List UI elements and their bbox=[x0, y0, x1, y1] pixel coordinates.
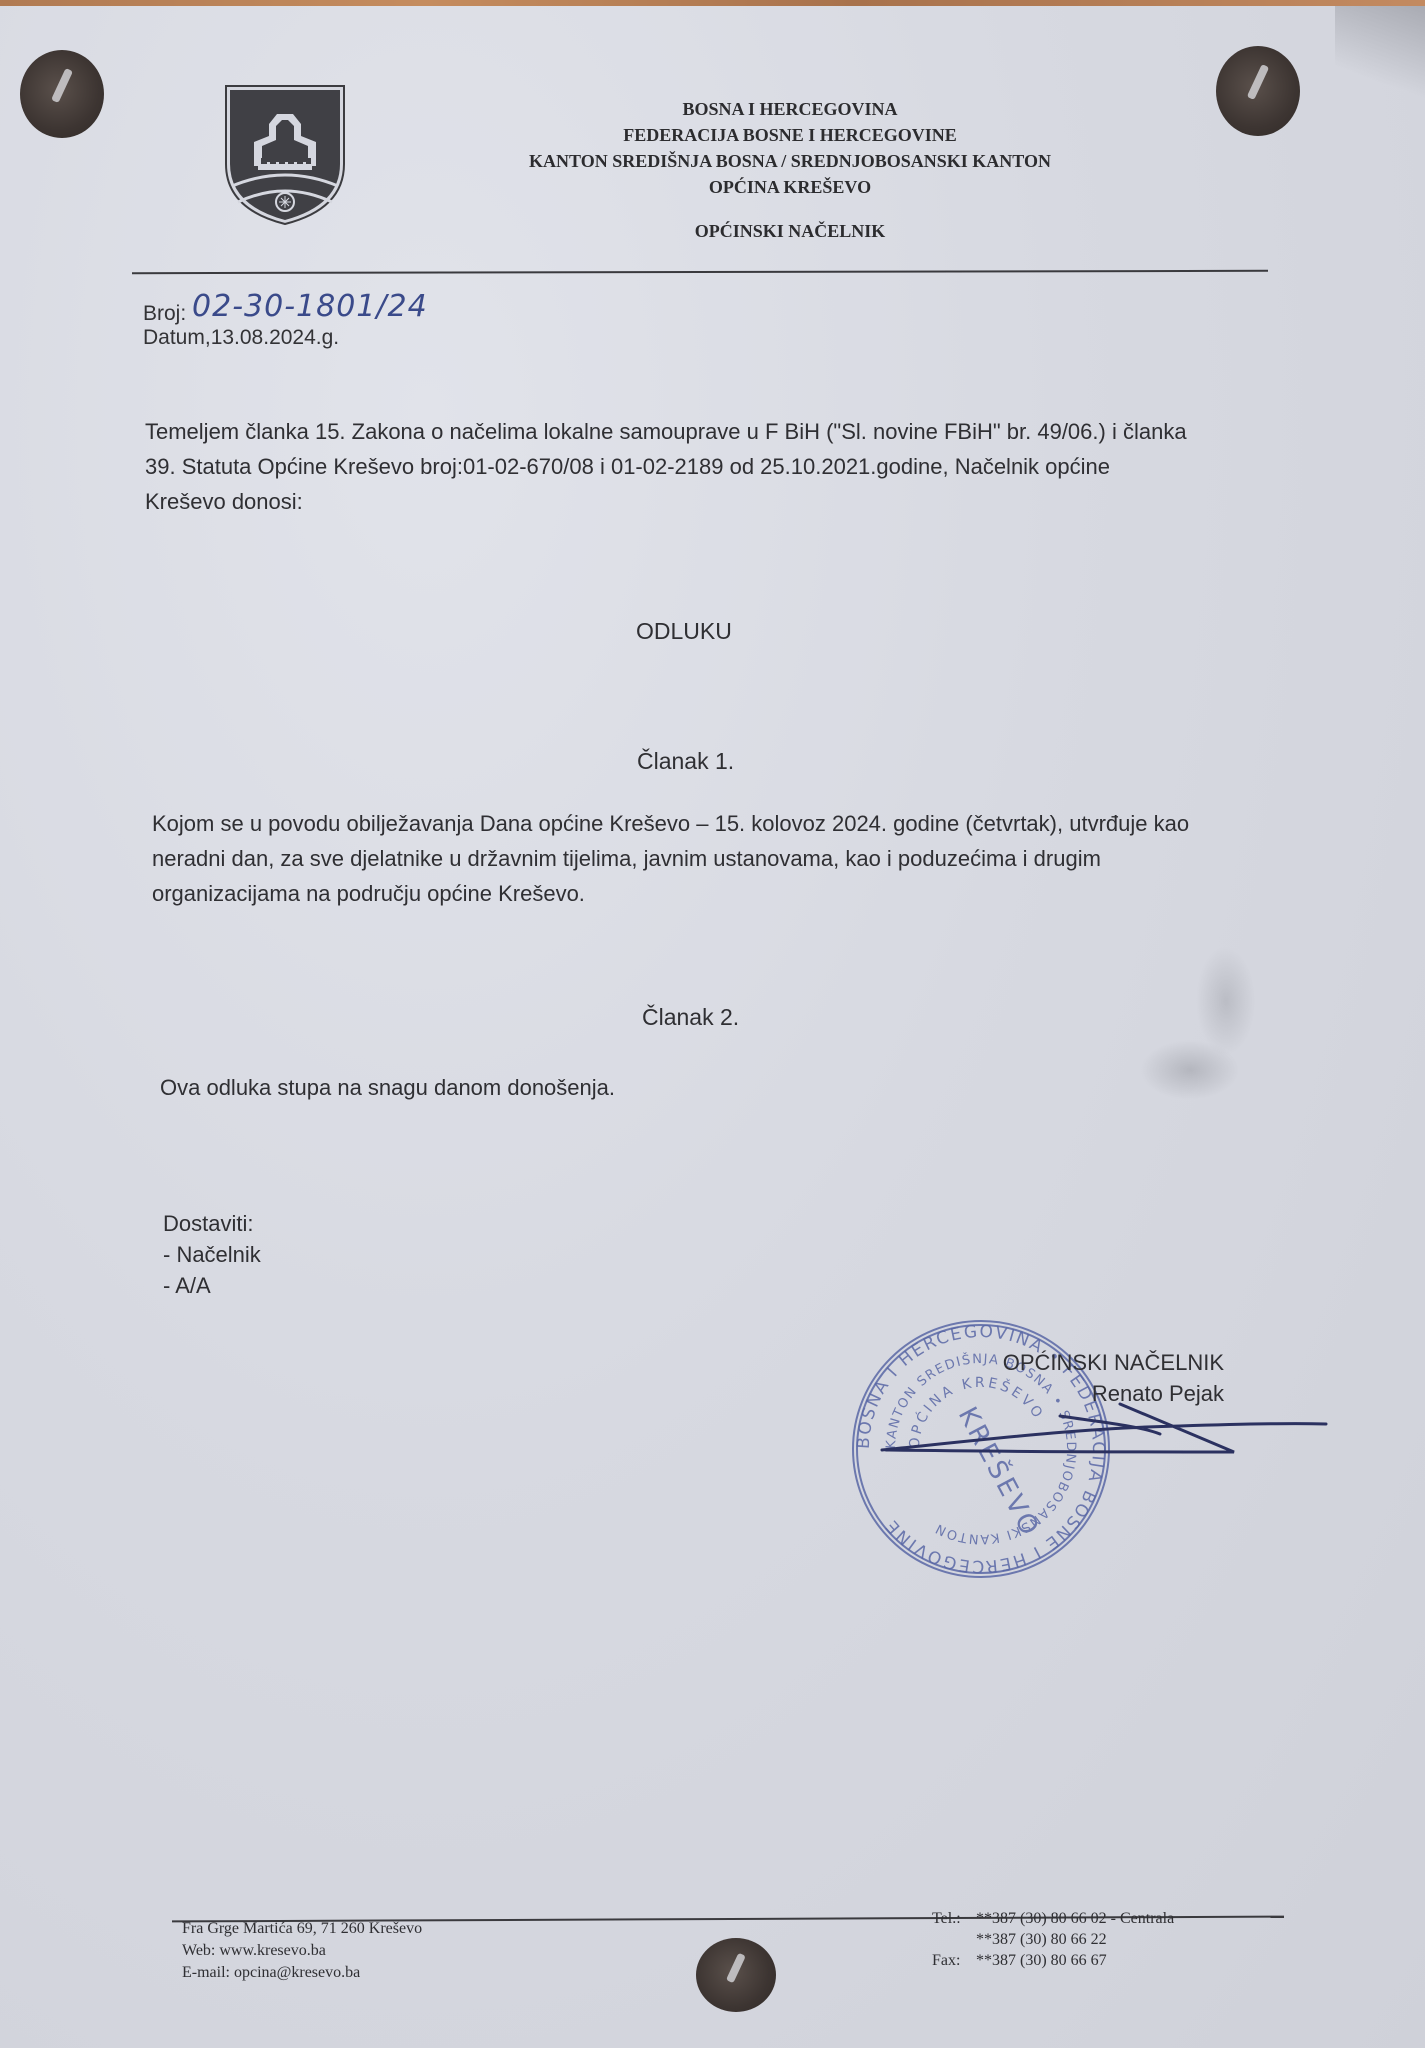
preamble: Temeljem članka 15. Zakona o načelima lo… bbox=[145, 414, 1225, 519]
article-1-body: Kojom se u povodu obilježavanja Dana opć… bbox=[152, 806, 1252, 911]
article-line: neradni dan, za sve djelatnike u državni… bbox=[152, 841, 1252, 876]
footer-email: E-mail: opcina@kresevo.ba bbox=[182, 1962, 422, 1984]
letterhead-line: BOSNA I HERCEGOVINA bbox=[480, 96, 1100, 122]
footer-web: Web: www.kresevo.ba bbox=[182, 1940, 422, 1962]
letterhead-line: OPĆINA KREŠEVO bbox=[480, 174, 1100, 200]
page-corner-shadow bbox=[1335, 6, 1425, 106]
phone-value: **387 (30) 80 66 02 - Centrala bbox=[976, 1908, 1174, 1929]
article-2-heading: Članak 2. bbox=[642, 1004, 739, 1031]
distribution-list: Dostaviti: - Načelnik - A/A bbox=[163, 1208, 261, 1301]
date-label: Datum, bbox=[143, 326, 211, 349]
punch-hole-icon bbox=[20, 50, 104, 138]
preamble-line: Kreševo donosi: bbox=[145, 484, 1225, 519]
kresevo-coat-of-arms-icon bbox=[224, 84, 346, 226]
article-1-heading: Članak 1. bbox=[637, 748, 734, 775]
fax-label: Fax: bbox=[932, 1950, 976, 1971]
phone-label: Tel.: bbox=[932, 1908, 976, 1929]
signatory-title: OPĆINSKI NAČELNIK bbox=[1000, 1347, 1224, 1378]
punch-hole-icon bbox=[1216, 46, 1300, 136]
phone-label bbox=[932, 1929, 976, 1950]
distribution-item: - Načelnik bbox=[163, 1239, 261, 1270]
preamble-line: Temeljem članka 15. Zakona o načelima lo… bbox=[145, 414, 1225, 449]
preamble-line: 39. Statuta Općine Kreševo broj:01-02-67… bbox=[145, 449, 1225, 484]
letterhead: BOSNA I HERCEGOVINA FEDERACIJA BOSNE I H… bbox=[480, 96, 1100, 244]
footer-address: Fra Grge Martića 69, 71 260 Kreševo bbox=[182, 1918, 422, 1940]
footer-contact: Fra Grge Martića 69, 71 260 Kreševo Web:… bbox=[182, 1918, 422, 1984]
distribution-item: - A/A bbox=[163, 1270, 261, 1301]
date-value: 13.08.2024.g. bbox=[211, 326, 339, 349]
article-line: organizacijama na području općine Krešev… bbox=[152, 876, 1252, 911]
fax-value: **387 (30) 80 66 67 bbox=[976, 1950, 1107, 1971]
phone-value: **387 (30) 80 66 22 bbox=[976, 1929, 1107, 1950]
punch-hole-icon bbox=[696, 1938, 776, 2012]
decision-title: ODLUKU bbox=[636, 618, 732, 645]
handwritten-signature-icon bbox=[880, 1390, 1330, 1470]
reference-block: Broj: 02-30-1801/24 Datum,13.08.2024.g. bbox=[143, 296, 428, 353]
article-line: Ova odluka stupa na snagu danom donošenj… bbox=[160, 1070, 1060, 1105]
article-line: Kojom se u povodu obilježavanja Dana opć… bbox=[152, 806, 1252, 841]
letterhead-line: KANTON SREDIŠNJA BOSNA / SREDNJOBOSANSKI… bbox=[480, 148, 1100, 174]
reference-number-value: 02-30-1801/24 bbox=[192, 289, 428, 324]
reference-number-label: Broj: bbox=[143, 302, 186, 325]
footer-phones: Tel.:**387 (30) 80 66 02 - Centrala **38… bbox=[932, 1908, 1174, 1971]
paper-stain bbox=[1196, 946, 1256, 1056]
distribution-label: Dostaviti: bbox=[163, 1208, 261, 1239]
letterhead-line: FEDERACIJA BOSNE I HERCEGOVINE bbox=[480, 122, 1100, 148]
office-title: OPĆINSKI NAČELNIK bbox=[480, 218, 1100, 244]
article-2-body: Ova odluka stupa na snagu danom donošenj… bbox=[160, 1070, 1060, 1105]
